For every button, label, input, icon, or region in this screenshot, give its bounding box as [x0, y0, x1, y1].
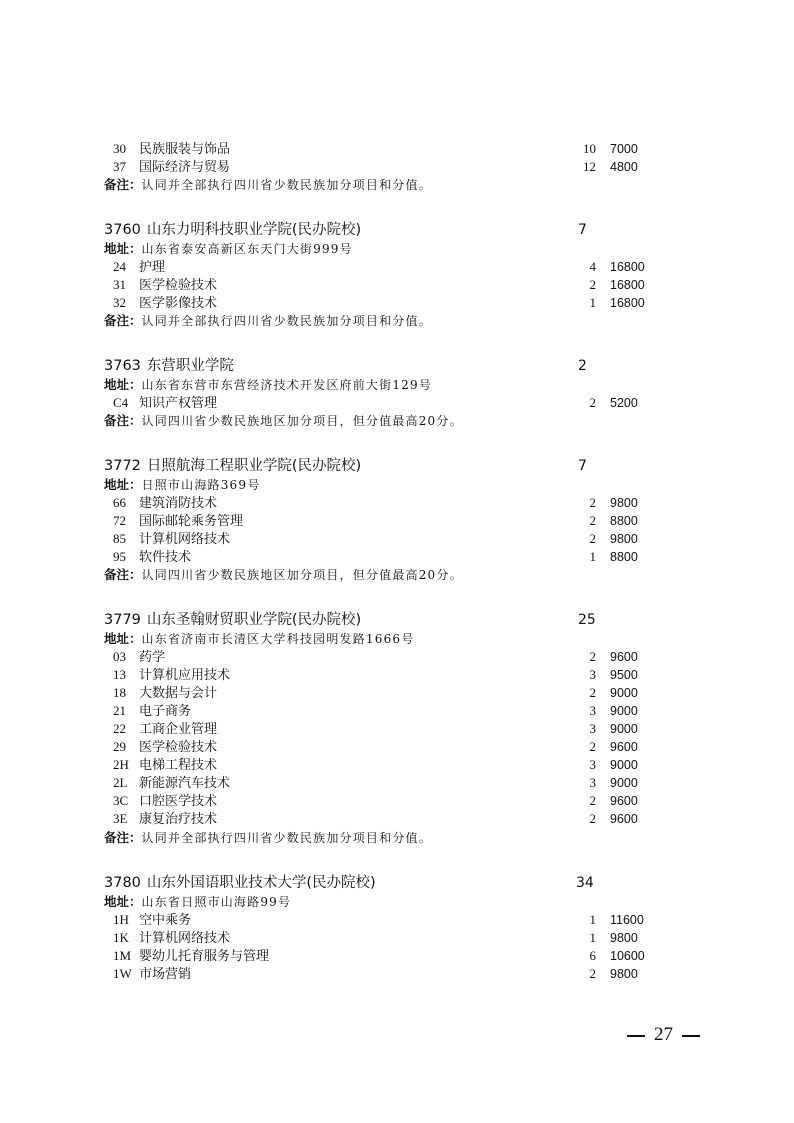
major-row: 32医学影像技术 1 16800: [104, 294, 664, 312]
address-label: 地址：: [104, 631, 142, 646]
major-name: 医学检验技术: [139, 739, 217, 757]
school-code: 3763: [104, 358, 141, 374]
major-name: 计算机网络技术: [139, 531, 230, 549]
major-row: 37国际经济与贸易 12 4800: [104, 158, 664, 176]
major-code: 72: [113, 512, 139, 530]
major-fee: 9800: [610, 494, 638, 512]
major-name: 工商企业管理: [139, 721, 217, 739]
major-name: 大数据与会计: [139, 685, 217, 703]
major-plan: 1: [580, 929, 596, 947]
major-name: 医学影像技术: [139, 295, 217, 313]
school-header: 3760山东力明科技职业学院(民办院校) 7: [104, 219, 664, 241]
note: 备注：认同并全部执行四川省少数民族加分项目和分值。: [104, 176, 664, 194]
major-row: 31医学检验技术 2 16800: [104, 276, 664, 294]
major-code: 30: [113, 140, 139, 158]
major-row: 1H空中乘务 1 11600: [104, 911, 664, 929]
address: 地址：日照市山海路369号: [104, 476, 664, 494]
school-total: 34: [576, 872, 594, 894]
major-plan: 3: [580, 756, 596, 774]
school-total: 2: [578, 355, 587, 377]
school-name: 山东圣翰财贸职业学院(民办院校): [147, 612, 361, 628]
major-code: 31: [113, 276, 139, 294]
major-fee: 11600: [610, 911, 644, 929]
school-code: 3779: [104, 612, 141, 628]
major-code: 21: [113, 702, 139, 720]
note: 备注：认同并全部执行四川省少数民族加分项目和分值。: [104, 312, 664, 330]
school-total: 7: [578, 455, 587, 477]
address-label: 地址：: [104, 377, 142, 392]
address-label: 地址：: [104, 241, 142, 256]
major-plan: 1: [580, 548, 596, 566]
school-code: 3772: [104, 458, 141, 474]
major-row: 1K计算机网络技术 1 9800: [104, 929, 664, 947]
major-plan: 3: [580, 720, 596, 738]
major-row: 30民族服装与饰品 10 7000: [104, 140, 664, 158]
major-code: 1M: [113, 947, 139, 965]
note-label: 备注：: [104, 413, 142, 428]
major-code: 2L: [113, 774, 139, 792]
school-code: 3760: [104, 222, 141, 238]
school-header: 3772日照航海工程职业学院(民办院校) 7: [104, 455, 664, 477]
major-row: 3E康复治疗技术 2 9600: [104, 810, 664, 828]
school-name: 东营职业学院: [147, 358, 234, 374]
major-fee: 9800: [610, 929, 638, 947]
major-row: 03药学 2 9600: [104, 648, 664, 666]
major-name: 电梯工程技术: [139, 757, 217, 775]
major-code: 18: [113, 684, 139, 702]
major-fee: 9800: [610, 530, 638, 548]
school-header: 3763东营职业学院 2: [104, 355, 664, 377]
major-plan: 1: [580, 294, 596, 312]
major-fee: 9600: [610, 792, 638, 810]
major-plan: 2: [580, 965, 596, 983]
major-code: 2H: [113, 756, 139, 774]
major-row: 24护理 4 16800: [104, 258, 664, 276]
major-name: 知识产权管理: [139, 395, 217, 413]
major-name: 计算机应用技术: [139, 667, 230, 685]
major-name: 医学检验技术: [139, 277, 217, 295]
major-row: 3C口腔医学技术 2 9600: [104, 792, 664, 810]
address-label: 地址：: [104, 894, 142, 909]
major-row: 2L新能源汽车技术 3 9000: [104, 774, 664, 792]
major-row: 13计算机应用技术 3 9500: [104, 666, 664, 684]
major-plan: 10: [580, 140, 596, 158]
major-code: 1W: [113, 965, 139, 983]
major-row: 18大数据与会计 2 9000: [104, 684, 664, 702]
major-name: 康复治疗技术: [139, 811, 217, 829]
address-text: 日照市山海路369号: [142, 478, 261, 492]
major-plan: 3: [580, 666, 596, 684]
major-row: 72国际邮轮乘务管理 2 8800: [104, 512, 664, 530]
major-code: 03: [113, 648, 139, 666]
major-name: 市场营销: [139, 966, 191, 984]
major-fee: 9000: [610, 774, 638, 792]
major-code: C4: [113, 394, 139, 412]
major-plan: 3: [580, 702, 596, 720]
major-code: 85: [113, 530, 139, 548]
page-number-text: 27: [654, 1024, 673, 1045]
address-text: 山东省济南市长清区大学科技园明发路1666号: [142, 632, 415, 646]
major-fee: 9000: [610, 702, 638, 720]
major-name: 软件技术: [139, 549, 191, 567]
major-row: 1W市场营销 2 9800: [104, 965, 664, 983]
major-row: 85计算机网络技术 2 9800: [104, 530, 664, 548]
major-code: 37: [113, 158, 139, 176]
major-plan: 2: [580, 394, 596, 412]
major-plan: 4: [580, 258, 596, 276]
major-fee: 4800: [610, 158, 638, 176]
page-number: 27: [618, 1022, 709, 1048]
note-text: 认同并全部执行四川省少数民族加分项目和分值。: [142, 178, 432, 192]
major-code: 1H: [113, 911, 139, 929]
note: 备注：认同四川省少数民族地区加分项目，但分值最高20分。: [104, 566, 664, 584]
school-header: 3780山东外国语职业技术大学(民办院校) 34: [104, 872, 664, 894]
major-fee: 9000: [610, 756, 638, 774]
address-text: 山东省泰安高新区东天门大街999号: [142, 242, 353, 256]
major-fee: 9800: [610, 965, 638, 983]
major-name: 计算机网络技术: [139, 930, 230, 948]
major-row: 95软件技术 1 8800: [104, 548, 664, 566]
major-row: 66建筑消防技术 2 9800: [104, 494, 664, 512]
document-page: 30民族服装与饰品 10 7000 37国际经济与贸易 12 4800 备注：认…: [0, 0, 794, 1123]
major-name: 口腔医学技术: [139, 793, 217, 811]
major-code: 24: [113, 258, 139, 276]
school-total: 25: [578, 609, 596, 631]
major-code: 22: [113, 720, 139, 738]
major-plan: 6: [580, 947, 596, 965]
major-plan: 2: [580, 494, 596, 512]
major-plan: 2: [580, 792, 596, 810]
major-fee: 9600: [610, 648, 638, 666]
major-row: 2H电梯工程技术 3 9000: [104, 756, 664, 774]
major-row: C4知识产权管理 2 5200: [104, 394, 664, 412]
major-row: 22工商企业管理 3 9000: [104, 720, 664, 738]
major-code: 29: [113, 738, 139, 756]
major-code: 95: [113, 548, 139, 566]
major-plan: 2: [580, 512, 596, 530]
address: 地址：山东省日照市山海路99号: [104, 893, 664, 911]
major-row: 21电子商务 3 9000: [104, 702, 664, 720]
major-fee: 16800: [610, 294, 645, 312]
major-fee: 9000: [610, 720, 638, 738]
major-fee: 5200: [610, 394, 638, 412]
major-plan: 2: [580, 276, 596, 294]
major-name: 护理: [139, 259, 165, 277]
note-text: 认同并全部执行四川省少数民族加分项目和分值。: [142, 831, 432, 845]
major-fee: 8800: [610, 548, 638, 566]
note-text: 认同四川省少数民族地区加分项目，但分值最高20分。: [142, 414, 463, 428]
major-name: 新能源汽车技术: [139, 775, 230, 793]
address: 地址：山东省泰安高新区东天门大街999号: [104, 240, 664, 258]
school-name: 山东外国语职业技术大学(民办院校): [147, 875, 376, 891]
major-code: 32: [113, 294, 139, 312]
note-text: 认同四川省少数民族地区加分项目，但分值最高20分。: [142, 568, 463, 582]
address: 地址：山东省东营市东营经济技术开发区府前大街129号: [104, 376, 664, 394]
major-code: 3E: [113, 810, 139, 828]
note-label: 备注：: [104, 313, 142, 328]
school-total: 7: [578, 219, 587, 241]
school-header: 3779山东圣翰财贸职业学院(民办院校) 25: [104, 609, 664, 631]
address-label: 地址：: [104, 477, 142, 492]
note-text: 认同并全部执行四川省少数民族加分项目和分值。: [142, 314, 432, 328]
school-name: 山东力明科技职业学院(民办院校): [147, 222, 361, 238]
school-name: 日照航海工程职业学院(民办院校): [147, 458, 361, 474]
major-plan: 2: [580, 684, 596, 702]
address: 地址：山东省济南市长清区大学科技园明发路1666号: [104, 630, 664, 648]
address-text: 山东省东营市东营经济技术开发区府前大街129号: [142, 378, 433, 392]
major-code: 66: [113, 494, 139, 512]
note-label: 备注：: [104, 830, 142, 845]
major-name: 电子商务: [139, 703, 191, 721]
school-code: 3780: [104, 875, 141, 891]
major-code: 1K: [113, 929, 139, 947]
major-plan: 3: [580, 774, 596, 792]
major-fee: 9600: [610, 810, 638, 828]
dash-right: [682, 1035, 700, 1037]
major-name: 建筑消防技术: [139, 495, 217, 513]
major-fee: 16800: [610, 258, 645, 276]
major-plan: 2: [580, 738, 596, 756]
major-name: 国际邮轮乘务管理: [139, 513, 243, 531]
major-plan: 2: [580, 648, 596, 666]
major-name: 婴幼儿托育服务与管理: [139, 948, 269, 966]
major-name: 空中乘务: [139, 912, 191, 930]
major-row: 1M婴幼儿托育服务与管理 6 10600: [104, 947, 664, 965]
major-fee: 10600: [610, 947, 645, 965]
note-label: 备注：: [104, 567, 142, 582]
major-name: 药学: [139, 649, 165, 667]
major-fee: 9500: [610, 666, 638, 684]
major-plan: 12: [580, 158, 596, 176]
major-plan: 2: [580, 530, 596, 548]
note: 备注：认同并全部执行四川省少数民族加分项目和分值。: [104, 829, 664, 847]
dash-left: [627, 1035, 645, 1037]
major-fee: 9000: [610, 684, 638, 702]
major-fee: 16800: [610, 276, 645, 294]
note: 备注：认同四川省少数民族地区加分项目，但分值最高20分。: [104, 412, 664, 430]
major-name: 国际经济与贸易: [139, 159, 230, 177]
major-fee: 8800: [610, 512, 638, 530]
note-label: 备注：: [104, 177, 142, 192]
major-code: 3C: [113, 792, 139, 810]
major-row: 29医学检验技术 2 9600: [104, 738, 664, 756]
major-code: 13: [113, 666, 139, 684]
major-name: 民族服装与饰品: [139, 141, 230, 159]
major-plan: 1: [580, 911, 596, 929]
major-fee: 9600: [610, 738, 638, 756]
major-plan: 2: [580, 810, 596, 828]
major-fee: 7000: [610, 140, 638, 158]
address-text: 山东省日照市山海路99号: [142, 895, 292, 909]
